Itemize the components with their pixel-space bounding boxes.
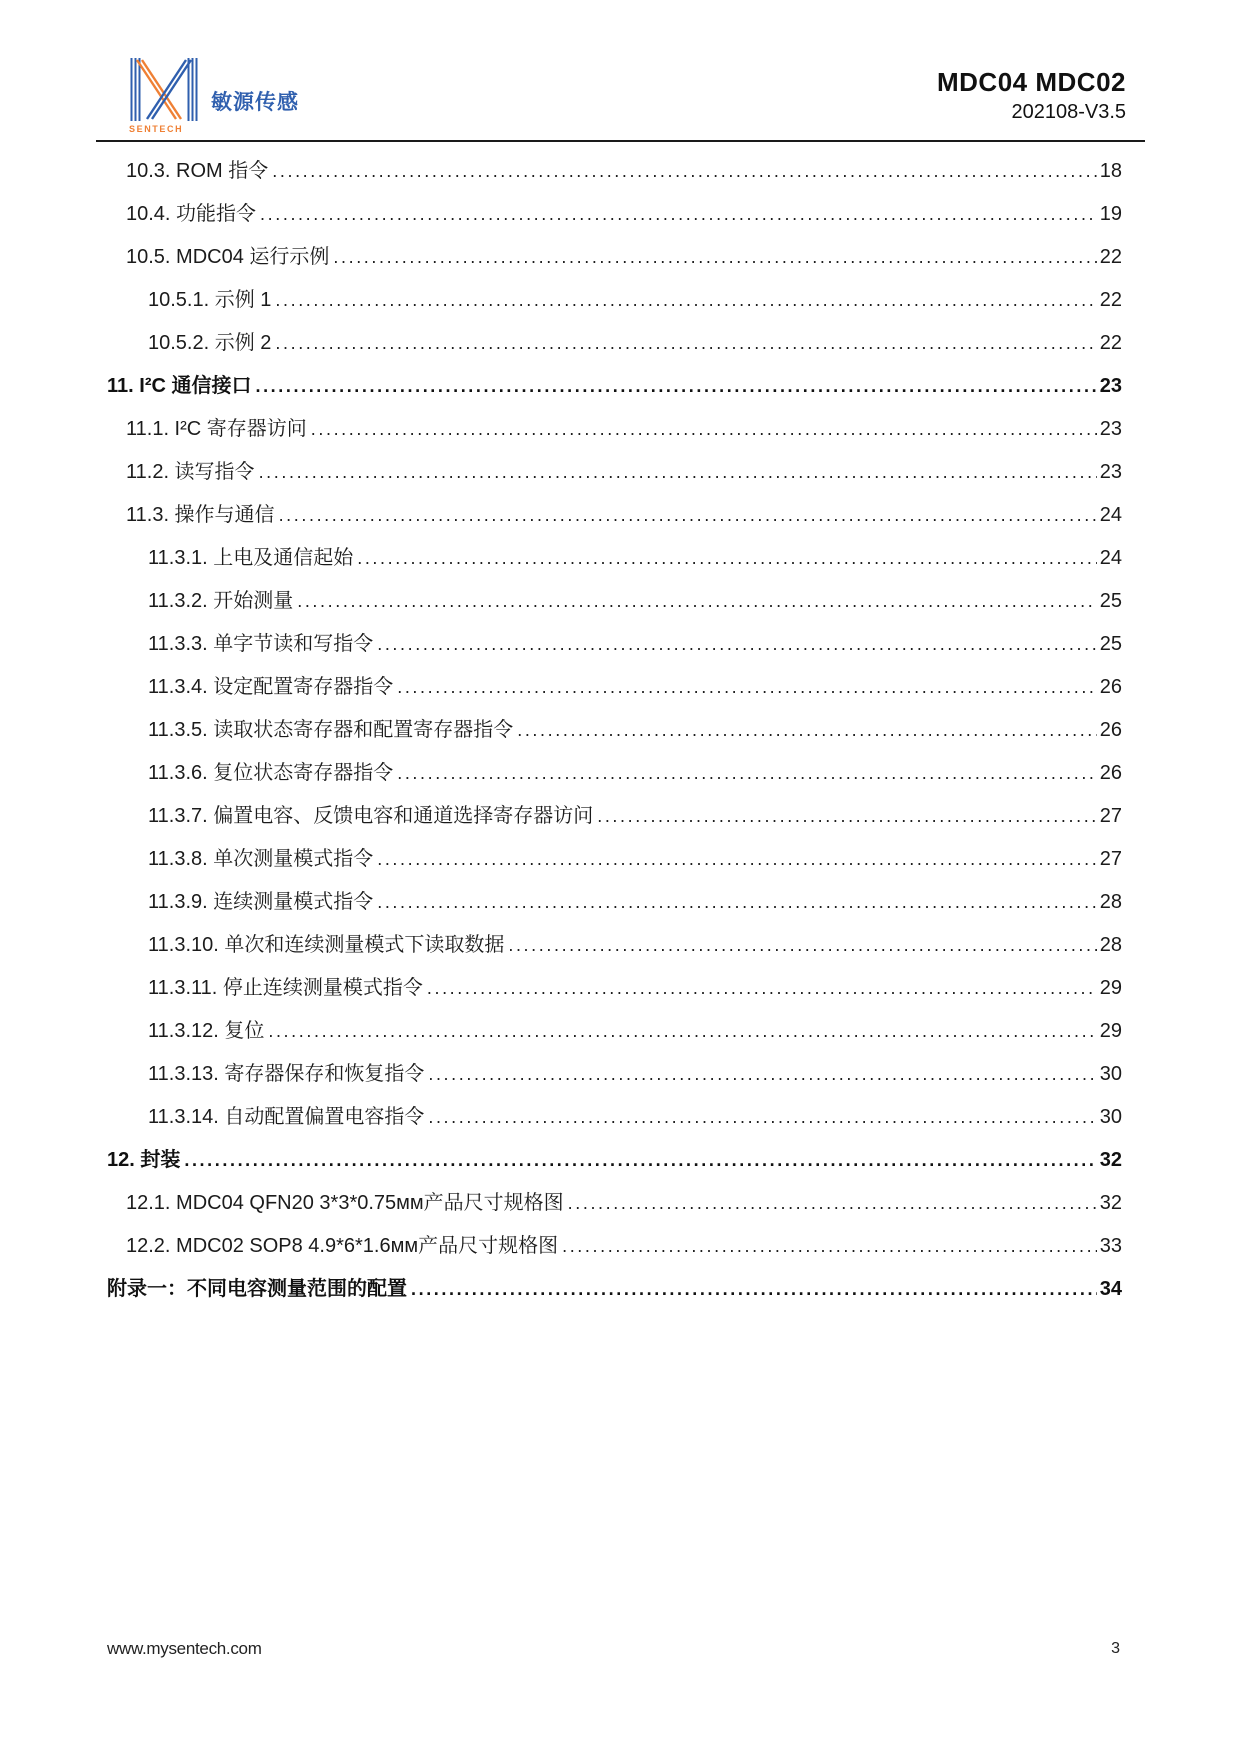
- toc-entry-label: 11.3.12. 复位: [148, 1010, 264, 1053]
- toc-entry[interactable]: 10.5.1. 示例 122: [107, 279, 1122, 322]
- dot-leader: [272, 150, 1097, 193]
- toc-entry-page: 33: [1098, 1225, 1122, 1268]
- toc-entry[interactable]: 11.2. 读写指令23: [107, 451, 1122, 494]
- footer-page-number: 3: [1111, 1640, 1120, 1658]
- toc-entry-label: 11.1. I²C 寄存器访问: [126, 408, 307, 451]
- dot-leader: [255, 365, 1097, 408]
- dot-leader: [597, 795, 1097, 838]
- dot-leader: [377, 881, 1097, 924]
- toc-entry-label: 11.3.1. 上电及通信起始: [148, 537, 353, 580]
- dot-leader: [508, 924, 1097, 967]
- logo-wordmark-cn: 敏源传感: [211, 86, 299, 116]
- dot-leader: [297, 580, 1097, 623]
- toc-entry[interactable]: 12.2. MDC02 SOP8 4.9*6*1.6ᴍᴍ产品尺寸规格图33: [107, 1225, 1122, 1268]
- toc-entry-label: 12.1. MDC04 QFN20 3*3*0.75ᴍᴍ产品尺寸规格图: [126, 1182, 564, 1225]
- toc-entry-page: 29: [1098, 967, 1122, 1010]
- toc-entry-page: 30: [1098, 1053, 1122, 1096]
- toc-entry[interactable]: 附录一：不同电容测量范围的配置34: [107, 1268, 1122, 1311]
- toc-entry-page: 23: [1098, 451, 1122, 494]
- toc-entry-label: 10.5.1. 示例 1: [148, 279, 271, 322]
- toc-entry[interactable]: 12. 封装32: [107, 1139, 1122, 1182]
- toc-entry-page: 27: [1098, 838, 1122, 881]
- toc-entry[interactable]: 11.3.2. 开始测量25: [107, 580, 1122, 623]
- toc-entry[interactable]: 11.3. 操作与通信24: [107, 494, 1122, 537]
- dot-leader: [397, 752, 1097, 795]
- toc-entry-page: 26: [1098, 709, 1122, 752]
- toc-entry-label: 11.3.2. 开始测量: [148, 580, 293, 623]
- toc-entry[interactable]: 11.1. I²C 寄存器访问23: [107, 408, 1122, 451]
- toc-entry-label: 11.3.10. 单次和连续测量模式下读取数据: [148, 924, 504, 967]
- dot-leader: [275, 279, 1097, 322]
- toc-entry[interactable]: 11.3.9. 连续测量模式指令28: [107, 881, 1122, 924]
- toc-entry-page: 26: [1098, 666, 1122, 709]
- dot-leader: [427, 967, 1097, 1010]
- toc-entry-label: 附录一：不同电容测量范围的配置: [107, 1268, 407, 1311]
- dot-leader: [428, 1053, 1097, 1096]
- dot-leader: [333, 236, 1097, 279]
- dot-leader: [268, 1010, 1097, 1053]
- dot-leader: [377, 838, 1097, 881]
- toc-entry-label: 11.3.7. 偏置电容、反馈电容和通道选择寄存器访问: [148, 795, 593, 838]
- dot-leader: [259, 451, 1097, 494]
- header-divider: [96, 140, 1145, 142]
- toc-entry[interactable]: 11.3.8. 单次测量模式指令27: [107, 838, 1122, 881]
- toc-entry-page: 26: [1098, 752, 1122, 795]
- toc-entry-label: 11.3.11. 停止连续测量模式指令: [148, 967, 423, 1010]
- toc-entry[interactable]: 11.3.11. 停止连续测量模式指令29: [107, 967, 1122, 1010]
- toc-entry-page: 24: [1098, 494, 1122, 537]
- toc-entry[interactable]: 11.3.3. 单字节读和写指令25: [107, 623, 1122, 666]
- toc-entry-label: 11.3.13. 寄存器保存和恢复指令: [148, 1053, 424, 1096]
- document-page: SENTECH 敏源传感 MDC04 MDC02 202108-V3.5 10.…: [0, 0, 1240, 1754]
- toc-entry-label: 11.3.9. 连续测量模式指令: [148, 881, 373, 924]
- toc-entry[interactable]: 10.4. 功能指令19: [107, 193, 1122, 236]
- toc-entry[interactable]: 10.5. MDC04 运行示例22: [107, 236, 1122, 279]
- dot-leader: [357, 537, 1097, 580]
- header-title-block: MDC04 MDC02 202108-V3.5: [937, 66, 1126, 126]
- toc-entry[interactable]: 11.3.14. 自动配置偏置电容指令30: [107, 1096, 1122, 1139]
- dot-leader: [568, 1182, 1097, 1225]
- toc-entry-page: 18: [1098, 150, 1122, 193]
- dot-leader: [411, 1268, 1097, 1311]
- dot-leader: [279, 494, 1097, 537]
- dot-leader: [275, 322, 1097, 365]
- dot-leader: [311, 408, 1097, 451]
- toc-entry-label: 10.4. 功能指令: [126, 193, 256, 236]
- toc-entry[interactable]: 11. I²C 通信接口23: [107, 365, 1122, 408]
- toc-entry-page: 27: [1098, 795, 1122, 838]
- toc-entry-label: 10.5.2. 示例 2: [148, 322, 271, 365]
- toc-entry-label: 10.3. ROM 指令: [126, 150, 268, 193]
- document-title: MDC04 MDC02: [937, 66, 1126, 98]
- dot-leader: [562, 1225, 1097, 1268]
- dot-leader: [428, 1096, 1097, 1139]
- toc-entry-page: 29: [1098, 1010, 1122, 1053]
- toc-entry-label: 11.3.8. 单次测量模式指令: [148, 838, 373, 881]
- toc-entry-page: 19: [1098, 193, 1122, 236]
- toc-entry[interactable]: 11.3.1. 上电及通信起始24: [107, 537, 1122, 580]
- toc-entry[interactable]: 10.5.2. 示例 222: [107, 322, 1122, 365]
- toc-list: 10.3. ROM 指令1810.4. 功能指令1910.5. MDC04 运行…: [107, 150, 1122, 1311]
- toc-entry[interactable]: 10.3. ROM 指令18: [107, 150, 1122, 193]
- toc-entry-label: 10.5. MDC04 运行示例: [126, 236, 329, 279]
- toc-entry-page: 22: [1098, 322, 1122, 365]
- toc-entry[interactable]: 11.3.12. 复位29: [107, 1010, 1122, 1053]
- toc-entry-page: 32: [1098, 1139, 1122, 1182]
- toc-entry-page: 22: [1098, 279, 1122, 322]
- logo-wordmark-en: SENTECH: [129, 124, 199, 134]
- toc-entry-page: 32: [1098, 1182, 1122, 1225]
- toc-entry[interactable]: 11.3.4. 设定配置寄存器指令26: [107, 666, 1122, 709]
- toc-entry-page: 34: [1098, 1268, 1122, 1311]
- dot-leader: [397, 666, 1097, 709]
- toc-entry-page: 30: [1098, 1096, 1122, 1139]
- toc-entry-label: 11.3.5. 读取状态寄存器和配置寄存器指令: [148, 709, 513, 752]
- toc-entry[interactable]: 11.3.7. 偏置电容、反馈电容和通道选择寄存器访问27: [107, 795, 1122, 838]
- toc-entry-label: 12.2. MDC02 SOP8 4.9*6*1.6ᴍᴍ产品尺寸规格图: [126, 1225, 558, 1268]
- toc-entry-label: 11.3.4. 设定配置寄存器指令: [148, 666, 393, 709]
- dot-leader: [517, 709, 1097, 752]
- toc-entry-page: 22: [1098, 236, 1122, 279]
- toc-entry-page: 25: [1098, 623, 1122, 666]
- toc-entry-page: 23: [1098, 408, 1122, 451]
- toc-entry[interactable]: 12.1. MDC04 QFN20 3*3*0.75ᴍᴍ产品尺寸规格图32: [107, 1182, 1122, 1225]
- toc-entry-label: 11.3.6. 复位状态寄存器指令: [148, 752, 393, 795]
- toc-entry-page: 23: [1098, 365, 1122, 408]
- toc-entry-label: 12. 封装: [107, 1139, 180, 1182]
- toc-entry[interactable]: 11.3.6. 复位状态寄存器指令26: [107, 752, 1122, 795]
- company-logo-icon: [130, 57, 198, 123]
- toc-entry-label: 11.2. 读写指令: [126, 451, 255, 494]
- toc-entry[interactable]: 11.3.13. 寄存器保存和恢复指令30: [107, 1053, 1122, 1096]
- toc-entry-label: 11.3.14. 自动配置偏置电容指令: [148, 1096, 424, 1139]
- toc-entry[interactable]: 11.3.10. 单次和连续测量模式下读取数据28: [107, 924, 1122, 967]
- toc-entry-label: 11. I²C 通信接口: [107, 365, 251, 408]
- dot-leader: [260, 193, 1097, 236]
- footer-website-link[interactable]: www.mysentech.com: [107, 1639, 262, 1659]
- toc-entry-page: 25: [1098, 580, 1122, 623]
- document-version: 202108-V3.5: [937, 98, 1126, 126]
- toc-entry-page: 24: [1098, 537, 1122, 580]
- dot-leader: [184, 1139, 1097, 1182]
- toc-entry-page: 28: [1098, 881, 1122, 924]
- toc-entry[interactable]: 11.3.5. 读取状态寄存器和配置寄存器指令26: [107, 709, 1122, 752]
- toc-entry-label: 11.3. 操作与通信: [126, 494, 275, 537]
- dot-leader: [377, 623, 1097, 666]
- toc-entry-page: 28: [1098, 924, 1122, 967]
- toc-entry-label: 11.3.3. 单字节读和写指令: [148, 623, 373, 666]
